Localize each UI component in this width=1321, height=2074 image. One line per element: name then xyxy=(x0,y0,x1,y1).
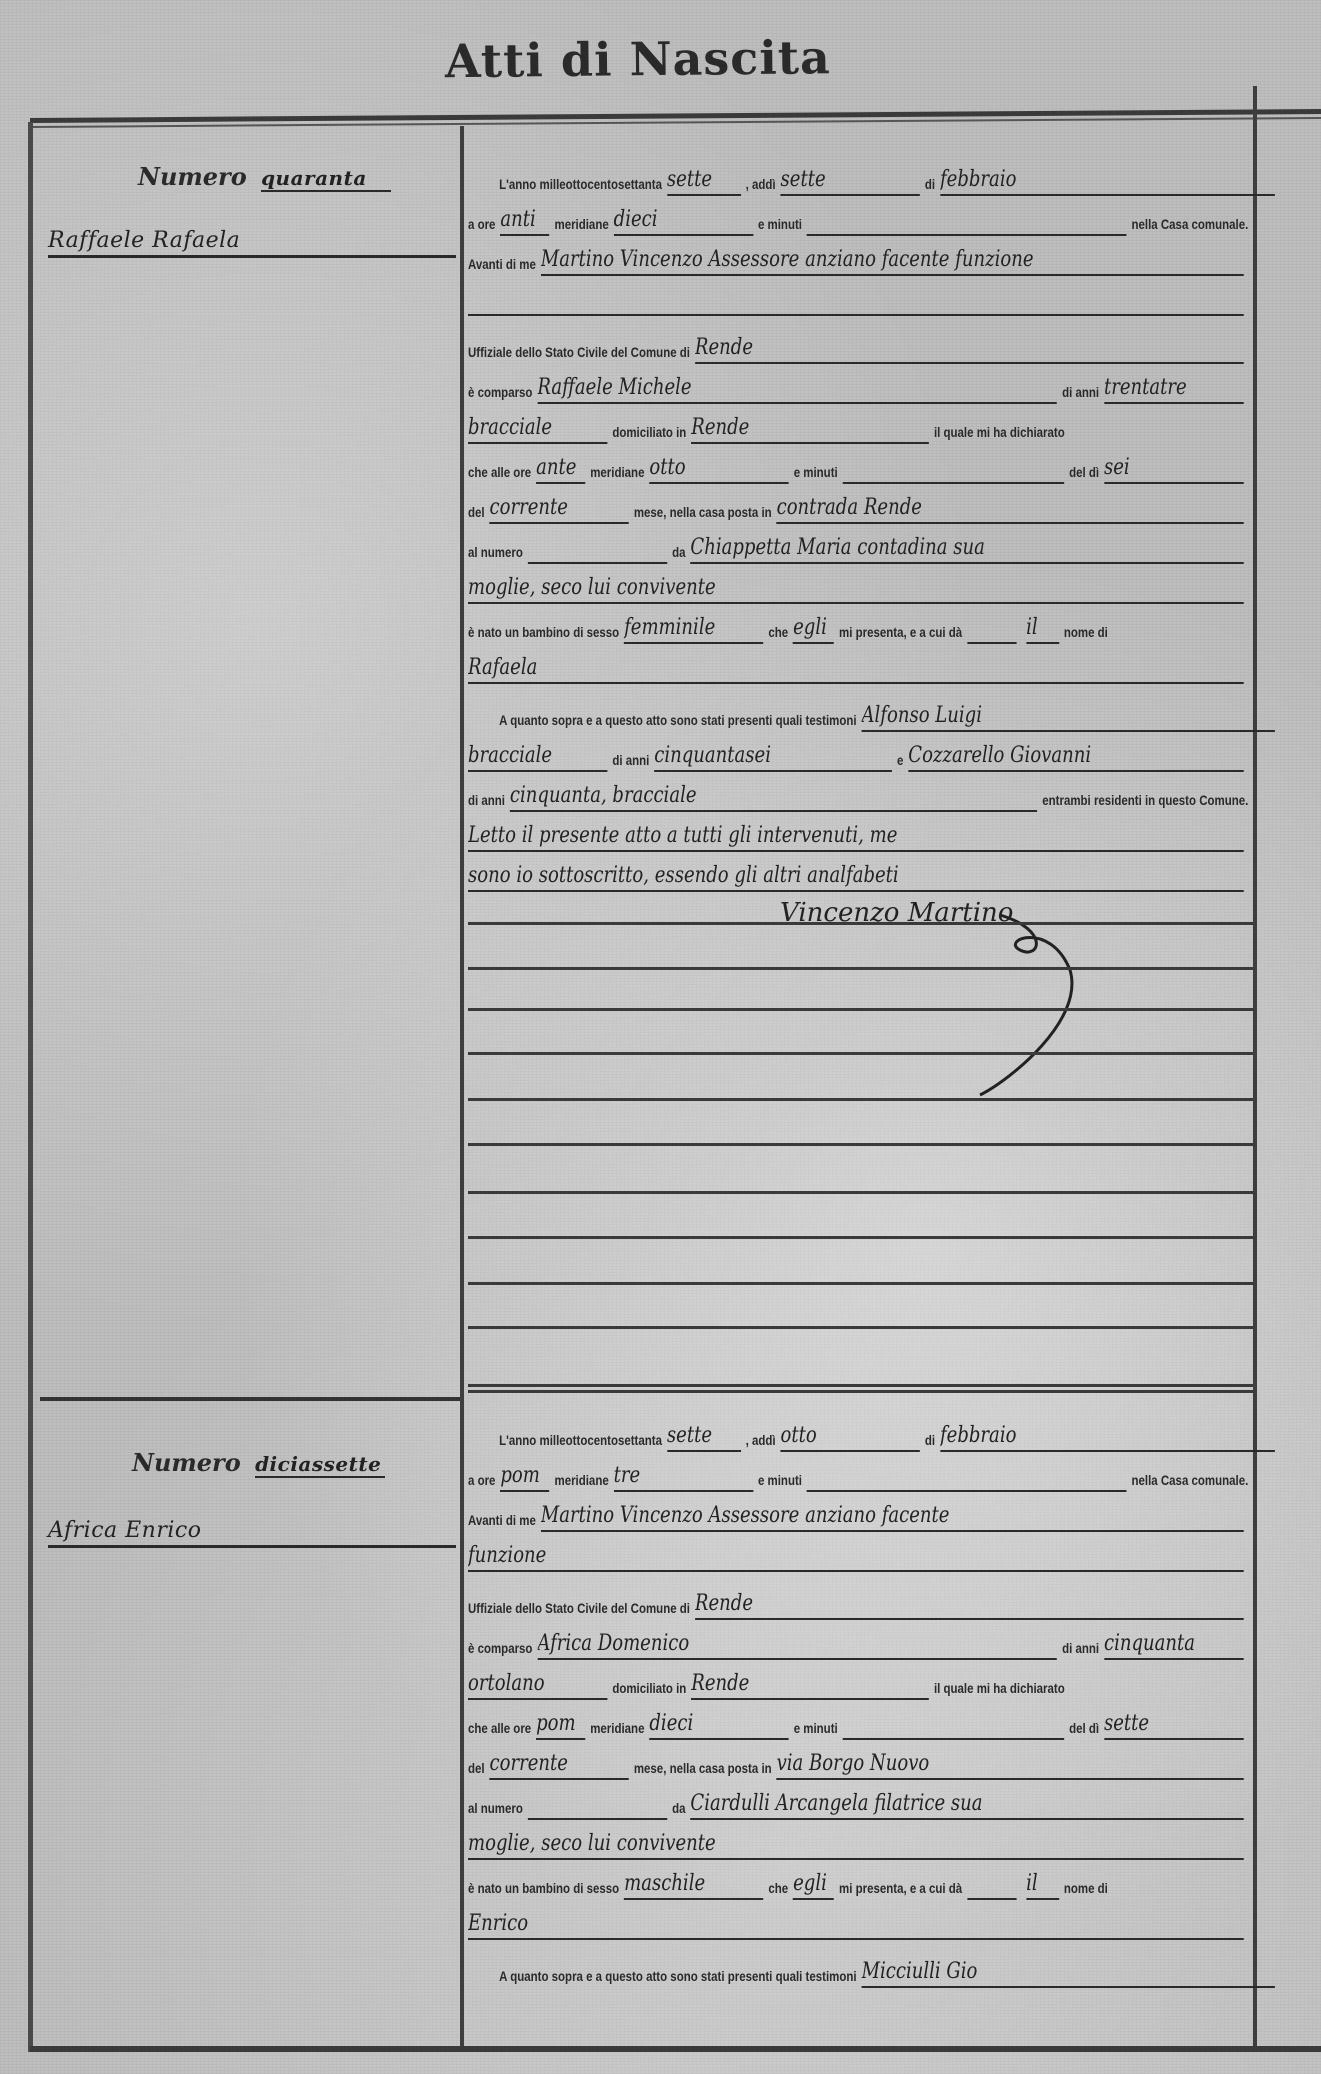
testimone2-value: Cozzarello Giovanni xyxy=(908,743,1243,772)
testimone2-anni: cinquanta, bracciale xyxy=(510,783,1037,812)
entry-1-act: L'anno milleottocentosettanta sette , ad… xyxy=(468,156,1248,892)
domiciliato-label: domiciliato in xyxy=(612,424,686,444)
del-di-label: del dì xyxy=(1069,1720,1099,1740)
ruled-line xyxy=(468,1143,1253,1146)
entry-2-numero: Numero diciassette xyxy=(132,1448,385,1478)
numero-value: quaranta xyxy=(261,166,391,192)
row-avanti-cont: funzione xyxy=(468,1532,1248,1572)
nome-label: nome di xyxy=(1064,624,1108,644)
anni-value: trentatre xyxy=(1104,375,1243,404)
ore-value: anti xyxy=(500,207,549,236)
anni-label: di anni xyxy=(1062,1640,1099,1660)
minuti-label: e minuti xyxy=(758,1472,802,1492)
che-meridiane-value: otto xyxy=(649,455,788,484)
numero-value: diciassette xyxy=(255,1452,385,1478)
che-ore-label: che alle ore xyxy=(468,1720,531,1740)
frame-right-border xyxy=(1253,86,1257,2046)
del-value: corrente xyxy=(490,1751,629,1780)
ore-value: pom xyxy=(500,1463,549,1492)
ruled-line xyxy=(468,1236,1253,1239)
meridiane-value: tre xyxy=(614,1463,753,1492)
ruled-line xyxy=(468,1326,1253,1329)
meridiane-value: dieci xyxy=(614,207,753,236)
chiusura-2: sono io sottoscritto, essendo gli altri … xyxy=(468,863,1243,892)
row-testimoni: A quanto sopra e a questo atto sono stat… xyxy=(468,684,1279,732)
row-domicilio: ortolano domiciliato in Rende il quale m… xyxy=(468,1660,1248,1700)
row-che-ore: che alle ore pom meridiane dieci e minut… xyxy=(468,1700,1248,1740)
nome-label: nome di xyxy=(1064,1880,1108,1900)
row-nome: Enrico xyxy=(468,1900,1248,1940)
row-casa-posta: del corrente mese, nella casa posta in c… xyxy=(468,484,1248,524)
domiciliato-value: Rende xyxy=(691,1671,929,1700)
row-testimone2: di anni cinquanta, bracciale entrambi re… xyxy=(468,772,1248,812)
comune-value: Rende xyxy=(695,335,1243,364)
da-label: da xyxy=(672,544,685,564)
casa-posta-label: mese, nella casa posta in xyxy=(634,504,772,524)
ruled-line xyxy=(468,1191,1253,1194)
ore-label: a ore xyxy=(468,1472,495,1492)
testimoni-label: A quanto sopra e a questo atto sono stat… xyxy=(499,712,856,732)
entry-2-act: L'anno milleottocentosettanta sette , ad… xyxy=(468,1412,1248,1988)
nato-label: è nato un bambino di sesso xyxy=(468,624,619,644)
testimone1-prof: bracciale xyxy=(468,743,607,772)
addi-value: sette xyxy=(781,167,920,196)
ruled-line xyxy=(468,1052,1253,1055)
e-label: e xyxy=(897,752,903,772)
anno-label: L'anno milleottocentosettanta xyxy=(499,1432,662,1452)
dichiarato-label: il quale mi ha dichiarato xyxy=(934,424,1065,444)
domiciliato-value: Rende xyxy=(691,415,929,444)
di-label: di xyxy=(925,176,935,196)
frame-left-border xyxy=(28,122,33,2052)
presenta-label: mi presenta, e a cui dà xyxy=(839,1880,962,1900)
row-comparso: è comparso Raffaele Michele di anni tren… xyxy=(468,364,1248,404)
del-di-label: del dì xyxy=(1069,464,1099,484)
che-meridiane-label: meridiane xyxy=(590,1720,644,1740)
domiciliato-label: domiciliato in xyxy=(612,1680,686,1700)
nome-value: Rafaela xyxy=(468,655,1243,684)
testimoni-label: A quanto sopra e a questo atto sono stat… xyxy=(499,1968,856,1988)
casa-comunale-label: nella Casa comunale. xyxy=(1132,216,1249,236)
row-chiusura-2: sono io sottoscritto, essendo gli altri … xyxy=(468,852,1248,892)
left-section-divider xyxy=(40,1397,460,1401)
row-anno: L'anno milleottocentosettanta sette , ad… xyxy=(468,1412,1279,1452)
anno-label: L'anno milleottocentosettanta xyxy=(499,176,662,196)
del-di-value: sei xyxy=(1104,455,1243,484)
casa-posta-value: via Borgo Nuovo xyxy=(777,1751,1244,1780)
ruled-line xyxy=(468,1098,1253,1101)
comune-value: Rende xyxy=(695,1591,1243,1620)
row-anno: L'anno milleottocentosettanta sette , ad… xyxy=(468,156,1279,196)
page-title: Atti di Nascita xyxy=(445,30,866,88)
meridiane-label: meridiane xyxy=(554,216,608,236)
row-numero-da: al numero da Chiappetta Maria contadina … xyxy=(468,524,1248,564)
row-avanti: Avanti di me Martino Vincenzo Assessore … xyxy=(468,1492,1248,1532)
che-meridiane-value: dieci xyxy=(649,1711,788,1740)
mese-value: febbraio xyxy=(940,167,1275,196)
testimone1-anni-label: di anni xyxy=(612,752,649,772)
comparso-value: Africa Domenico xyxy=(537,1631,1057,1660)
row-ufficiale: Uffiziale dello Stato Civile del Comune … xyxy=(468,316,1248,364)
row-casa-posta: del corrente mese, nella casa posta in v… xyxy=(468,1740,1248,1780)
addi-value: otto xyxy=(781,1423,920,1452)
avanti-label: Avanti di me xyxy=(468,1512,536,1532)
professione-value: ortolano xyxy=(468,1671,607,1700)
ruled-line xyxy=(468,967,1253,970)
anni-value: cinquanta xyxy=(1104,1631,1243,1660)
professione-value: bracciale xyxy=(468,415,607,444)
madre-value-cont: moglie, seco lui convivente xyxy=(468,1831,1243,1860)
il-value: il xyxy=(1026,615,1059,644)
madre-value-cont: moglie, seco lui convivente xyxy=(468,575,1243,604)
ufficiale-label: Uffiziale dello Stato Civile del Comune … xyxy=(468,1600,690,1620)
row-testimoni: A quanto sopra e a questo atto sono stat… xyxy=(468,1940,1279,1988)
row-comparso: è comparso Africa Domenico di anni cinqu… xyxy=(468,1620,1248,1660)
ruled-line xyxy=(468,1008,1253,1011)
ruled-line xyxy=(468,1282,1253,1285)
casa-posta-value: contrada Rende xyxy=(777,495,1244,524)
ruled-line xyxy=(468,1384,1253,1387)
column-divider xyxy=(460,126,464,2046)
row-avanti: Avanti di me Martino Vincenzo Assessore … xyxy=(468,236,1248,276)
dichiarato-label: il quale mi ha dichiarato xyxy=(934,1680,1065,1700)
row-sesso: è nato un bambino di sesso femminile che… xyxy=(468,604,1248,644)
ruled-line xyxy=(468,922,1253,925)
al-numero-label: al numero xyxy=(468,1800,523,1820)
anni-label: di anni xyxy=(1062,384,1099,404)
row-sesso: è nato un bambino di sesso maschile che … xyxy=(468,1860,1248,1900)
che-ore-value: pom xyxy=(536,1711,585,1740)
numero-label: Numero xyxy=(132,1448,241,1477)
row-testimone1: bracciale di anni cinquantasei e Cozzare… xyxy=(468,732,1248,772)
il-value: il xyxy=(1026,1871,1059,1900)
ore-label: a ore xyxy=(468,216,495,236)
row-madre-cont: moglie, seco lui convivente xyxy=(468,564,1248,604)
avanti-value: Martino Vincenzo Assessore anziano facen… xyxy=(541,247,1244,276)
frame-bottom-border xyxy=(30,2046,1321,2052)
row-che-ore: che alle ore ante meridiane otto e minut… xyxy=(468,444,1248,484)
madre-value: Ciardulli Arcangela filatrice sua xyxy=(690,1791,1243,1820)
row-domicilio: bracciale domiciliato in Rende il quale … xyxy=(468,404,1248,444)
row-avanti-cont xyxy=(468,276,1248,316)
entry-1-child-name: Raffaele Rafaela xyxy=(48,228,456,258)
testimone1-value: Micciulli Gio xyxy=(861,1959,1274,1988)
row-ufficiale: Uffiziale dello Stato Civile del Comune … xyxy=(468,1572,1248,1620)
comparso-label: è comparso xyxy=(468,1640,532,1660)
al-numero-label: al numero xyxy=(468,544,523,564)
di-label: di xyxy=(925,1432,935,1452)
residenti-label: entrambi residenti in questo Comune. xyxy=(1042,792,1248,812)
che-ore-value: ante xyxy=(536,455,585,484)
comparso-value: Raffaele Michele xyxy=(537,375,1057,404)
che-meridiane-label: meridiane xyxy=(590,464,644,484)
avanti-value: Martino Vincenzo Assessore anziano facen… xyxy=(541,1503,1244,1532)
sesso-value: femminile xyxy=(624,615,763,644)
presenta-label: mi presenta, e a cui dà xyxy=(839,624,962,644)
che-label: che xyxy=(768,1880,788,1900)
che-value: egli xyxy=(793,615,834,644)
meridiane-label: meridiane xyxy=(554,1472,608,1492)
sesso-value: maschile xyxy=(624,1871,763,1900)
avanti-value-cont: funzione xyxy=(468,1543,1243,1572)
madre-value: Chiappetta Maria contadina sua xyxy=(690,535,1243,564)
row-ore: a ore pom meridiane tre e minuti nella C… xyxy=(468,1452,1248,1492)
casa-comunale-label: nella Casa comunale. xyxy=(1132,1472,1249,1492)
testimone1-anni: cinquantasei xyxy=(654,743,892,772)
minuti-label: e minuti xyxy=(758,216,802,236)
del-label: del xyxy=(468,1760,485,1780)
avanti-label: Avanti di me xyxy=(468,256,536,276)
addi-label: , addì xyxy=(746,1432,776,1452)
casa-posta-label: mese, nella casa posta in xyxy=(634,1760,772,1780)
ufficiale-label: Uffiziale dello Stato Civile del Comune … xyxy=(468,344,690,364)
testimone2-anni-label: di anni xyxy=(468,792,505,812)
nome-value: Enrico xyxy=(468,1911,1243,1940)
che-minuti-label: e minuti xyxy=(794,464,838,484)
chiusura-1: Letto il presente atto a tutti gli inter… xyxy=(468,823,1243,852)
che-minuti-label: e minuti xyxy=(794,1720,838,1740)
row-ore: a ore anti meridiane dieci e minuti nell… xyxy=(468,196,1248,236)
testimone1-value: Alfonso Luigi xyxy=(861,703,1274,732)
section-divider-double xyxy=(468,1390,1253,1393)
da-label: da xyxy=(672,1800,685,1820)
comparso-label: è comparso xyxy=(468,384,532,404)
row-numero-da: al numero da Ciardulli Arcangela filatri… xyxy=(468,1780,1248,1820)
del-value: corrente xyxy=(490,495,629,524)
del-label: del xyxy=(468,504,485,524)
del-di-value: sette xyxy=(1104,1711,1243,1740)
che-ore-label: che alle ore xyxy=(468,464,531,484)
anno-value: sette xyxy=(667,1423,741,1452)
numero-label: Numero xyxy=(138,162,247,191)
nato-label: è nato un bambino di sesso xyxy=(468,1880,619,1900)
mese-value: febbraio xyxy=(940,1423,1275,1452)
anno-value: sette xyxy=(667,167,741,196)
che-value: egli xyxy=(793,1871,834,1900)
addi-label: , addì xyxy=(746,176,776,196)
row-madre-cont: moglie, seco lui convivente xyxy=(468,1820,1248,1860)
row-chiusura-1: Letto il presente atto a tutti gli inter… xyxy=(468,812,1248,852)
entry-2-child-name: Africa Enrico xyxy=(48,1518,456,1548)
entry-1-numero: Numero quaranta xyxy=(138,162,391,192)
row-nome: Rafaela xyxy=(468,644,1248,684)
